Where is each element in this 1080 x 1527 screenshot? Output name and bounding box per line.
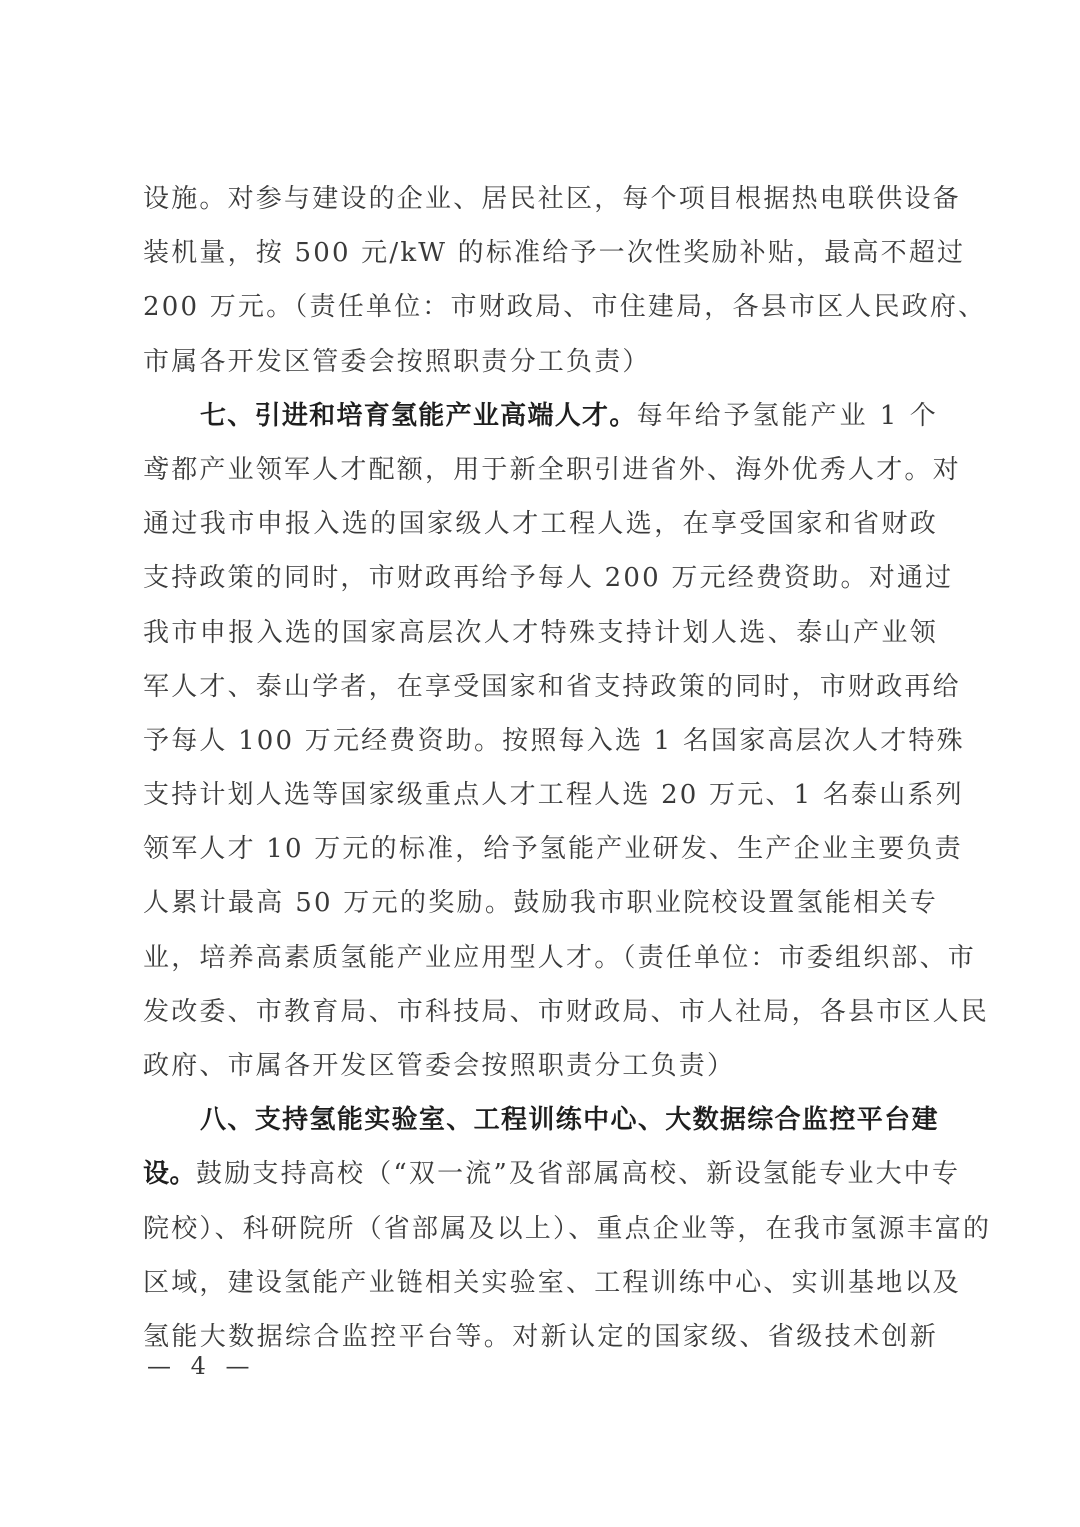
text-line: 设。鼓励支持高校（“双一流”及省部属高校、新设氢能专业大中专 bbox=[143, 1147, 938, 1201]
section-7-heading: 七、引进和培育氢能产业高端人才。 bbox=[200, 401, 637, 431]
text-line: 业，培养高素质氢能产业应用型人才。（责任单位：市委组织部、市 bbox=[143, 931, 938, 985]
text-line: 市属各开发区管委会按照职责分工负责） bbox=[143, 335, 938, 389]
text-line: 人累计最高 50 万元的奖励。鼓励我市职业院校设置氢能相关专 bbox=[143, 876, 938, 930]
text-line: 支持政策的同时，市财政再给予每人 200 万元经费资助。对通过 bbox=[143, 551, 938, 605]
section-8-heading: 八、支持氢能实验室、工程训练中心、大数据综合监控平台建 bbox=[143, 1093, 938, 1147]
text-line: 发改委、市教育局、市科技局、市财政局、市人社局，各县市区人民 bbox=[143, 985, 938, 1039]
paragraph-continuation: 设施。对参与建设的企业、居民社区，每个项目根据热电联供设备 装机量，按 500 … bbox=[143, 172, 938, 389]
text-line: 通过我市申报入选的国家级人才工程人选，在享受国家和省财政 bbox=[143, 497, 938, 551]
page-number: — 4 — bbox=[147, 1352, 256, 1380]
text-line: 政府、市属各开发区管委会按照职责分工负责） bbox=[143, 1039, 938, 1093]
text-line: 予每人 100 万元经费资助。按照每入选 1 名国家高层次人才特殊 bbox=[143, 714, 938, 768]
text-line: 七、引进和培育氢能产业高端人才。每年给予氢能产业 1 个 bbox=[143, 389, 938, 443]
text-line: 200 万元。（责任单位：市财政局、市住建局，各县市区人民政府、 bbox=[143, 280, 938, 334]
section-8-paragraph: 八、支持氢能实验室、工程训练中心、大数据综合监控平台建 设。鼓励支持高校（“双一… bbox=[143, 1093, 938, 1364]
text-line: 设施。对参与建设的企业、居民社区，每个项目根据热电联供设备 bbox=[143, 172, 938, 226]
document-body: 设施。对参与建设的企业、居民社区，每个项目根据热电联供设备 装机量，按 500 … bbox=[143, 172, 938, 1364]
section-8-line-text: 鼓励支持高校（“双一流”及省部属高校、新设氢能专业大中专 bbox=[196, 1159, 960, 1189]
text-line: 军人才、泰山学者，在享受国家和省支持政策的同时，市财政再给 bbox=[143, 660, 938, 714]
text-line: 我市申报入选的国家高层次人才特殊支持计划人选、泰山产业领 bbox=[143, 606, 938, 660]
text-line: 鸢都产业领军人才配额，用于新全职引进省外、海外优秀人才。对 bbox=[143, 443, 938, 497]
text-line: 院校）、科研院所（省部属及以上）、重点企业等，在我市氢源丰富的 bbox=[143, 1202, 938, 1256]
section-8-heading-end: 设。 bbox=[143, 1159, 196, 1189]
text-line: 支持计划人选等国家级重点人才工程人选 20 万元、1 名泰山系列 bbox=[143, 768, 938, 822]
document-page: 设施。对参与建设的企业、居民社区，每个项目根据热电联供设备 装机量，按 500 … bbox=[0, 0, 1080, 1527]
section-7-paragraph: 七、引进和培育氢能产业高端人才。每年给予氢能产业 1 个 鸢都产业领军人才配额，… bbox=[143, 389, 938, 1093]
text-line: 氢能大数据综合监控平台等。对新认定的国家级、省级技术创新 bbox=[143, 1310, 938, 1364]
text-line: 装机量，按 500 元/kW 的标准给予一次性奖励补贴，最高不超过 bbox=[143, 226, 938, 280]
text-line: 区域，建设氢能产业链相关实验室、工程训练中心、实训基地以及 bbox=[143, 1256, 938, 1310]
section-7-first-line-text: 每年给予氢能产业 1 个 bbox=[637, 401, 938, 431]
text-line: 领军人才 10 万元的标准，给予氢能产业研发、生产企业主要负责 bbox=[143, 822, 938, 876]
